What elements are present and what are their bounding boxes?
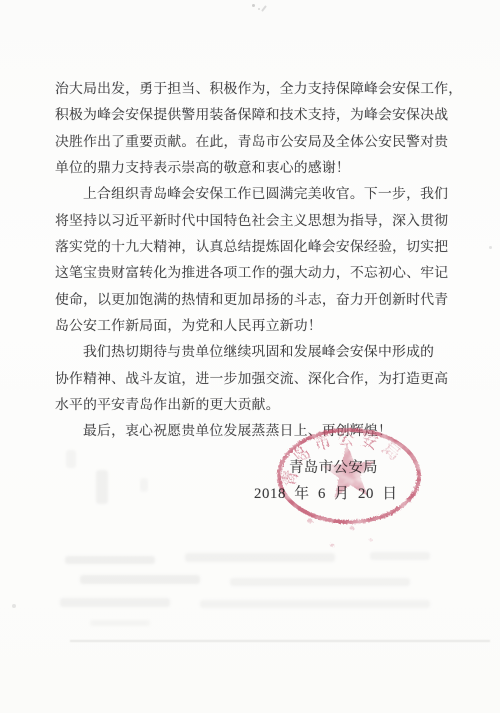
official-seal: 青岛市公安局	[259, 408, 444, 558]
scan-smudge	[66, 450, 76, 468]
text-line: 岛公安工作新局面，为党和人民再立新功！	[55, 313, 467, 339]
text-line: 协作精神、战斗友谊，进一步加强交流、深化合作，为打造更高	[55, 366, 467, 392]
text-line: 这笔宝贵财富转化为推进各项工作的强大动力，不忘初心、牢记	[55, 260, 467, 286]
seal-blob	[307, 519, 313, 523]
seal-blob	[380, 515, 385, 519]
text-line: 落实党的十九大精神，认真总结提炼固化峰会安保经验，切实把	[55, 234, 467, 260]
scan-speck	[489, 246, 492, 249]
text-line: 治大局出发，勇于担当、积极作为，全力支持保障峰会安保工作，	[55, 76, 467, 102]
seal-blob	[369, 539, 373, 542]
scan-speck	[12, 604, 16, 608]
scanned-letter-page: 治大局出发，勇于担当、积极作为，全力支持保障峰会安保工作，积极为峰会安保提供警用…	[0, 0, 500, 713]
seal-blob	[350, 526, 354, 530]
text-line: 单位的鼎力支持表示崇高的敬意和衷心的感谢！	[55, 155, 467, 181]
scan-smudge	[96, 470, 108, 504]
bleed-through-line	[70, 640, 490, 642]
bleed-through	[60, 598, 170, 607]
text-line: 我们热切期待与贵单位继续巩固和发展峰会安保中形成的	[55, 339, 467, 365]
scan-speck	[258, 8, 260, 10]
text-line: 将坚持以习近平新时代中国特色社会主义思想为指导，深入贯彻	[55, 208, 467, 234]
bleed-through	[90, 620, 150, 626]
scan-speck	[252, 4, 255, 7]
bleed-through	[200, 600, 430, 608]
signature-date: 2018 年 6 月 20 日	[254, 484, 398, 504]
scan-speck	[261, 5, 267, 12]
text-line: 上合组织青岛峰会安保工作已圆满完美收官。下一步，我们	[55, 181, 467, 207]
signature-org: 青岛市公安局	[289, 458, 378, 478]
seal-blob	[330, 543, 335, 547]
scan-smudge	[140, 478, 148, 492]
body-text: 治大局出发，勇于担当、积极作为，全力支持保障峰会安保工作，积极为峰会安保提供警用…	[55, 76, 467, 445]
text-line: 积极为峰会安保提供警用装备保障和技术支持，为峰会安保决战	[55, 102, 467, 128]
text-line: 决胜作出了重要贡献。在此，青岛市公安局及全体公安民警对贵	[55, 129, 467, 155]
bleed-through	[80, 575, 200, 584]
text-line: 使命，以更加饱满的热情和更加昂扬的斗志，奋力开创新时代青	[55, 287, 467, 313]
bleed-through	[65, 556, 155, 564]
bleed-through	[230, 578, 410, 586]
